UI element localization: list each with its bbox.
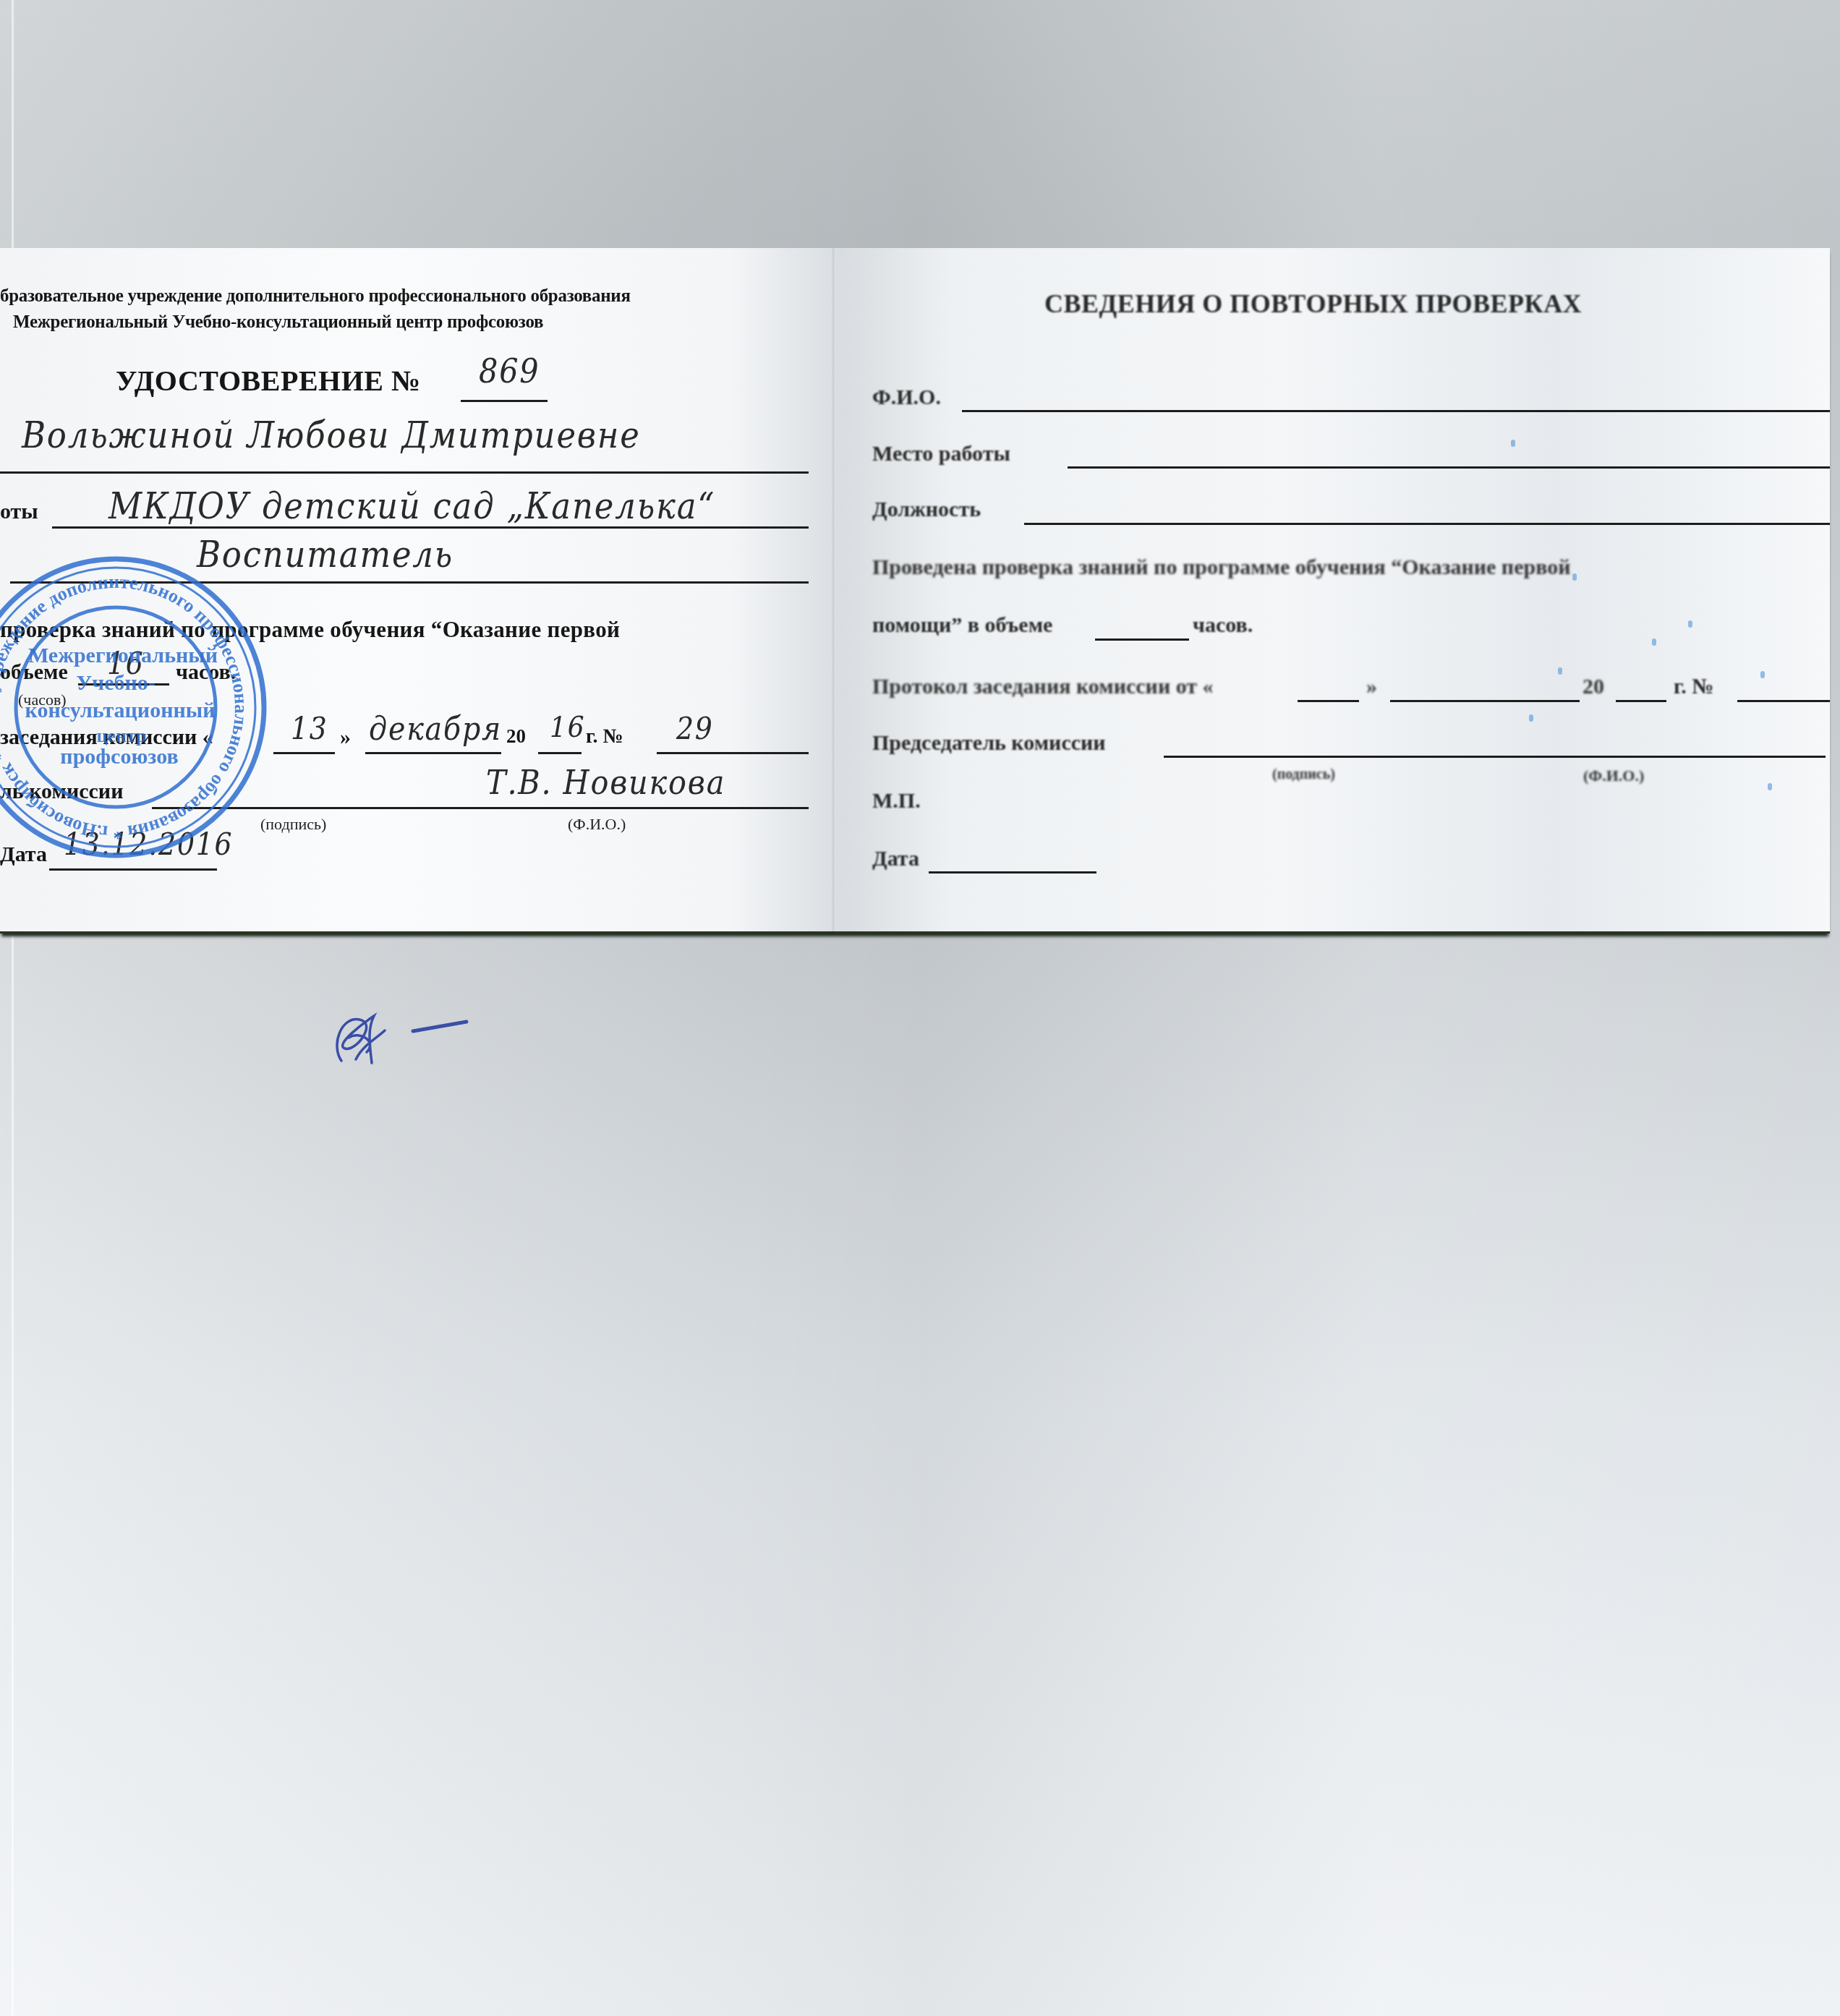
org-name-line2: Межрегиональный Учебно-консультационный … xyxy=(13,312,543,333)
chairman-name: Т.В. Новикова xyxy=(486,763,725,802)
chairman-label: Председатель комиссии xyxy=(872,731,1106,756)
protocol-year-line xyxy=(538,752,582,754)
protocol-number-label: г. № xyxy=(586,725,623,748)
ink-speck xyxy=(1652,638,1656,646)
certificate-spread: бразовательное учреждение дополнительног… xyxy=(0,248,1830,934)
recipient-name-line xyxy=(0,471,809,474)
protocol-label: Протокол заседания комиссии от « xyxy=(872,675,1214,699)
certificate-number-underline xyxy=(461,400,548,402)
protocol-year-prefix: 20 xyxy=(506,725,526,748)
stamp-inner-line5: профсоюзов xyxy=(60,745,178,769)
program-line2-prefix: помощи” в объеме xyxy=(872,613,1052,638)
ink-speck xyxy=(1572,573,1577,581)
hours-line xyxy=(1095,638,1189,641)
date-line xyxy=(929,871,1096,874)
fio-line xyxy=(962,410,1830,412)
fio-caption: (Ф.И.О.) xyxy=(1583,766,1644,785)
protocol-day-line xyxy=(273,752,335,754)
repeat-checks-title: СВЕДЕНИЯ О ПОВТОРНЫХ ПРОВЕРКАХ xyxy=(1044,289,1582,319)
official-stamp: учреждение дополнительного профессиональ… xyxy=(0,548,275,866)
protocol-number-line xyxy=(657,752,809,754)
protocol-month: декабря xyxy=(369,711,502,748)
workplace-label: оты xyxy=(0,500,38,524)
position-label: Должность xyxy=(872,497,981,522)
protocol-number: 29 xyxy=(676,711,714,746)
stamp-inner-line1: Межрегиональный xyxy=(28,644,218,667)
protocol-close-quote: » xyxy=(340,725,351,750)
protocol-month-line xyxy=(365,752,501,754)
hours-suffix: часов. xyxy=(1193,613,1253,638)
date-label: Дата xyxy=(872,847,919,871)
fio-caption: (Ф.И.О.) xyxy=(568,815,626,834)
stamp-inner-line3: консультационный xyxy=(25,699,216,722)
certificate-title: УДОСТОВЕРЕНИЕ № xyxy=(116,364,421,398)
repeat-checks-page: СВЕДЕНИЯ О ПОВТОРНЫХ ПРОВЕРКАХ Ф.И.О. Ме… xyxy=(835,248,1830,931)
workplace-line xyxy=(52,526,809,529)
stamp-inner-line2: Учебно- xyxy=(76,671,156,695)
signature-caption: (подпись) xyxy=(1272,766,1335,783)
protocol-year-line xyxy=(1616,700,1666,702)
ink-speck xyxy=(1558,667,1562,675)
chairman-signature xyxy=(327,1009,399,1067)
fio-label: Ф.И.О. xyxy=(872,385,941,410)
chairman-line xyxy=(1164,756,1826,758)
ink-speck xyxy=(1768,783,1772,790)
protocol-close-quote: » xyxy=(1366,675,1377,699)
workplace-line xyxy=(1068,466,1830,469)
date-line xyxy=(49,868,217,871)
protocol-year-suffix: 16 xyxy=(550,711,585,744)
workplace-value: МКДОУ детский сад „Капелька“ xyxy=(108,485,715,527)
ink-speck xyxy=(1688,620,1692,628)
stamp-inner-line4: центр xyxy=(96,725,146,746)
protocol-number-label: г. № xyxy=(1674,675,1713,699)
ink-speck xyxy=(1511,440,1515,447)
ink-speck xyxy=(1760,671,1765,678)
program-line1: Проведена проверка знаний по программе о… xyxy=(872,555,1570,580)
protocol-day-line xyxy=(1298,700,1359,702)
protocol-month-line xyxy=(1390,700,1580,702)
recipient-name: Вольжиной Любови Дмитриевне xyxy=(22,414,641,456)
ink-speck xyxy=(1529,714,1533,722)
workplace-label: Место работы xyxy=(872,442,1010,466)
protocol-year-prefix: 20 xyxy=(1583,675,1604,699)
protocol-number-line xyxy=(1737,700,1830,702)
org-name-line1: бразовательное учреждение дополнительног… xyxy=(0,286,631,307)
protocol-day: 13 xyxy=(291,711,328,746)
certificate-number: 869 xyxy=(479,351,540,390)
position-line xyxy=(1024,523,1830,525)
seal-label: М.П. xyxy=(872,789,921,813)
